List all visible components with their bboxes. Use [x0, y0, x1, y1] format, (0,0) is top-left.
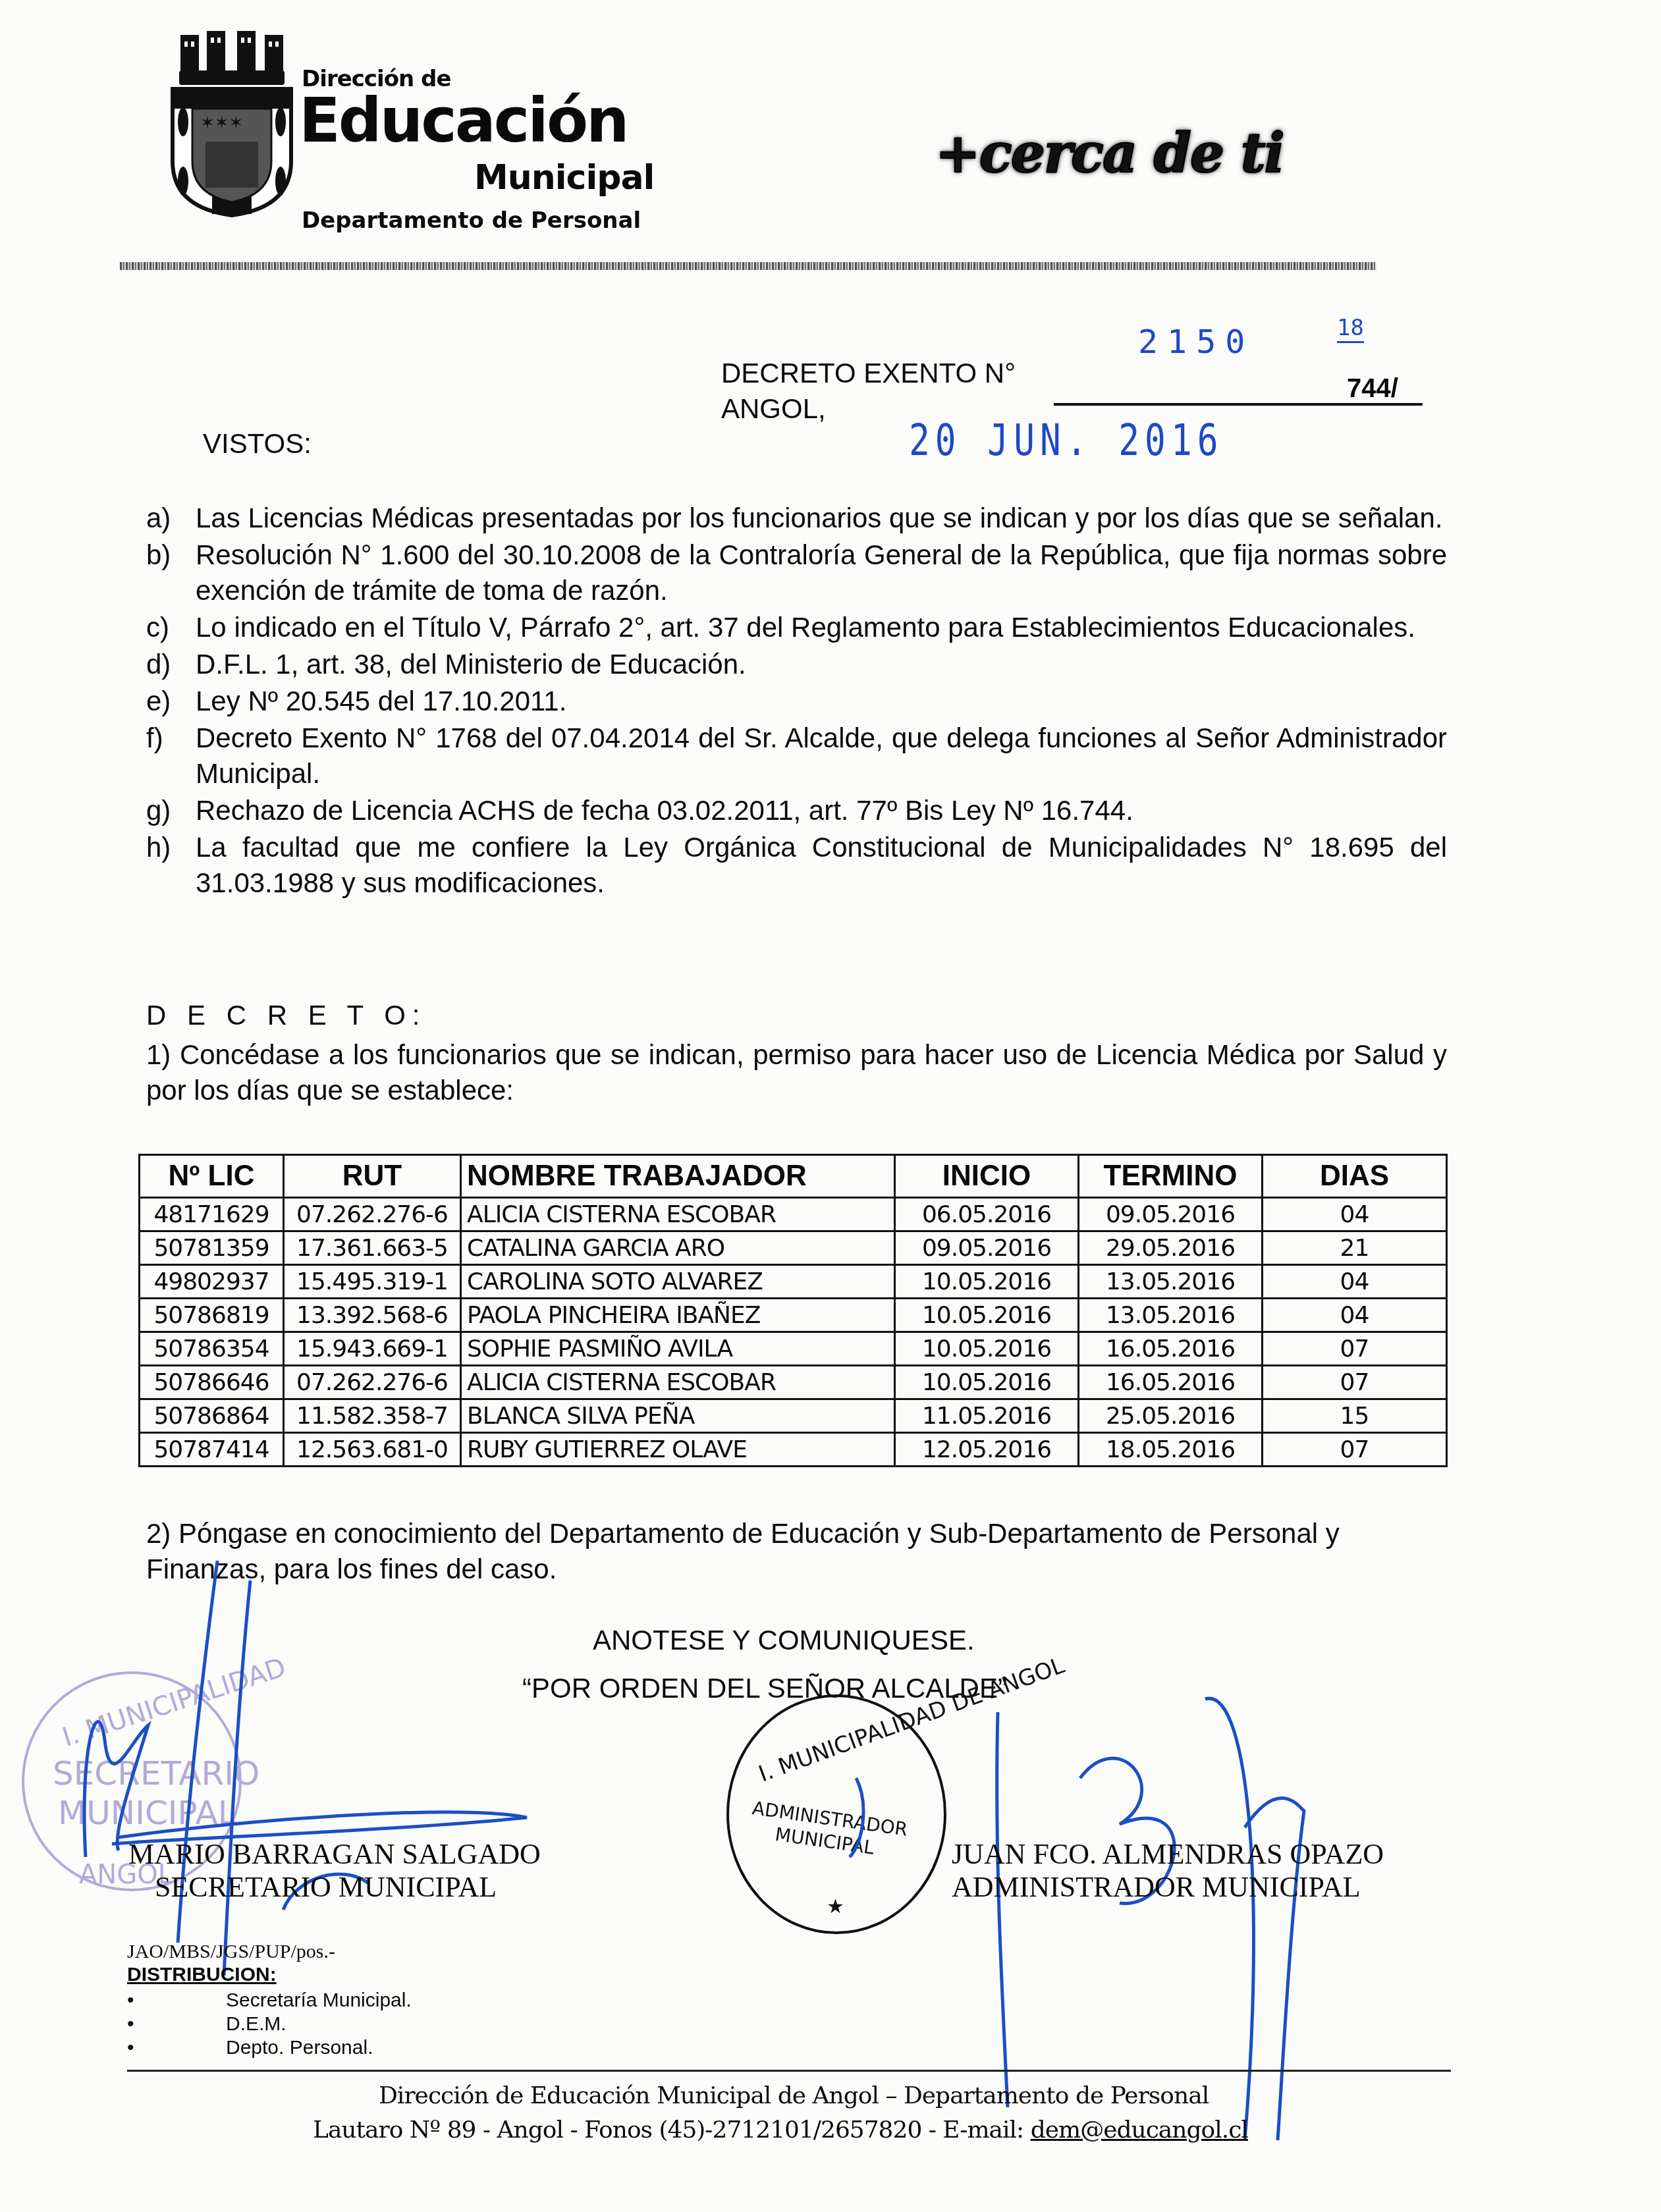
distribution-list: •Secretaría Municipal. •D.E.M. •Depto. P…	[127, 1989, 412, 2060]
table-cell: 15.495.319-1	[284, 1265, 461, 1299]
table-cell: 50786819	[140, 1299, 284, 1332]
table-cell: 21	[1263, 1231, 1447, 1265]
signatory-right-name: JUAN FCO. ALMENDRAS OPAZO	[952, 1837, 1384, 1871]
svg-text:SECRETARIO: SECRETARIO	[53, 1754, 259, 1793]
table-cell: 04	[1263, 1265, 1447, 1299]
table-row: 5078635415.943.669-1SOPHIE PASMIÑO AVILA…	[140, 1332, 1447, 1366]
table-row: 5078664607.262.276-6ALICIA CISTERNA ESCO…	[140, 1366, 1447, 1399]
svg-text:✶✶✶: ✶✶✶	[200, 113, 243, 132]
table-cell: 15	[1263, 1399, 1447, 1433]
distribution-title: DISTRIBUCION:	[127, 1964, 277, 1986]
bullet-icon: •	[127, 2036, 226, 2060]
table-cell: 04	[1263, 1299, 1447, 1332]
table-cell: 49802937	[140, 1265, 284, 1299]
vistos-list: a)Las Licencias Médicas presentadas por …	[146, 500, 1447, 902]
table-cell: 15.943.669-1	[284, 1332, 461, 1366]
table-cell: ALICIA CISTERNA ESCOBAR	[461, 1198, 895, 1231]
table-cell: RUBY GUTIERREZ OLAVE	[461, 1433, 895, 1467]
col-rut: RUT	[284, 1155, 461, 1198]
table-cell: 18.05.2016	[1079, 1433, 1263, 1467]
item-text: Resolución N° 1.600 del 30.10.2008 de la…	[196, 537, 1447, 608]
table-cell: 50786646	[140, 1366, 284, 1399]
footer-address: Lautaro Nº 89 - Angol - Fonos (45)-27121…	[313, 2117, 1031, 2144]
table-cell: 10.05.2016	[895, 1265, 1079, 1299]
table-cell: SOPHIE PASMIÑO AVILA	[461, 1332, 895, 1366]
item-letter: h)	[146, 830, 196, 901]
col-nro-lic: Nº LIC	[140, 1155, 284, 1198]
header-divider	[120, 262, 1376, 270]
col-nombre: NOMBRE TRABAJADOR	[461, 1155, 895, 1198]
signature-left-icon	[84, 1561, 527, 1976]
item-text: D.F.L. 1, art. 38, del Ministerio de Edu…	[196, 647, 1447, 682]
col-dias: DIAS	[1263, 1155, 1447, 1198]
svg-text:ADMINISTRADOR: ADMINISTRADOR	[751, 1797, 909, 1841]
item-letter: c)	[146, 610, 196, 645]
table-cell: PAOLA PINCHEIRA IBAÑEZ	[461, 1299, 895, 1332]
table-row: 4817162907.262.276-6ALICIA CISTERNA ESCO…	[140, 1198, 1447, 1231]
vistos-item: f)Decreto Exento N° 1768 del 07.04.2014 …	[146, 720, 1447, 792]
col-inicio: INICIO	[895, 1155, 1079, 1198]
svg-text:MUNICIPAL: MUNICIPAL	[58, 1794, 236, 1832]
footer-email-link[interactable]: dem@educangol.cl	[1031, 2117, 1248, 2144]
table-cell: 50786864	[140, 1399, 284, 1433]
svg-text:MUNICIPAL: MUNICIPAL	[774, 1823, 876, 1859]
table-cell: 07	[1263, 1433, 1447, 1467]
table-cell: 07	[1263, 1366, 1447, 1399]
table-cell: 50786354	[140, 1332, 284, 1366]
decree-label: DECRETO EXENTO N°	[721, 358, 1016, 389]
table-cell: 13.05.2016	[1079, 1299, 1263, 1332]
table-cell: 29.05.2016	[1079, 1231, 1263, 1265]
bullet-icon: •	[127, 1989, 226, 2012]
stamp-suffix: 18	[1337, 315, 1364, 343]
footer-line-1: Dirección de Educación Municipal de Ango…	[379, 2082, 1209, 2109]
stamp-number: 2150	[1138, 323, 1254, 361]
distribution-item: •Secretaría Municipal.	[127, 1989, 412, 2012]
distribution-item: •Depto. Personal.	[127, 2036, 412, 2060]
distribution-item: •D.E.M.	[127, 2012, 412, 2036]
header-educacion: Educación	[299, 91, 628, 151]
table-cell: 16.05.2016	[1079, 1366, 1263, 1399]
table-header-row: Nº LIC RUT NOMBRE TRABAJADOR INICIO TERM…	[140, 1155, 1447, 1198]
footer-divider	[127, 2070, 1451, 2072]
table-row: 5078741412.563.681-0RUBY GUTIERREZ OLAVE…	[140, 1433, 1447, 1467]
stamp-date: 20 JUN. 2016	[909, 415, 1223, 466]
table-cell: 13.05.2016	[1079, 1265, 1263, 1299]
footer-line-2: Lautaro Nº 89 - Angol - Fonos (45)-27121…	[313, 2117, 1248, 2144]
table-row: 5078135917.361.663-5CATALINA GARCIA ARO0…	[140, 1231, 1447, 1265]
table-cell: 48171629	[140, 1198, 284, 1231]
decreto-point-2: 2) Póngase en conocimiento del Departame…	[146, 1516, 1447, 1587]
signature-right-icon	[850, 1698, 1304, 2140]
table-cell: 11.582.358-7	[284, 1399, 461, 1433]
table-cell: 50781359	[140, 1231, 284, 1265]
item-letter: a)	[146, 500, 196, 536]
item-text: Las Licencias Médicas presentadas por lo…	[196, 500, 1447, 536]
orden-alcalde-text: “POR ORDEN DEL SEÑOR ALCALDE”	[522, 1673, 1007, 1704]
svg-text:★: ★	[827, 1896, 844, 1918]
anotese-text: ANOTESE Y COMUNIQUESE.	[593, 1625, 975, 1656]
signatory-right-title: ADMINISTRADOR MUNICIPAL	[952, 1870, 1361, 1904]
table-cell: 25.05.2016	[1079, 1399, 1263, 1433]
distribution-item-label: Depto. Personal.	[226, 2036, 373, 2060]
table-cell: 06.05.2016	[895, 1198, 1079, 1231]
table-cell: 17.361.663-5	[284, 1231, 461, 1265]
table-cell: 07.262.276-6	[284, 1366, 461, 1399]
vistos-item: a)Las Licencias Médicas presentadas por …	[146, 500, 1447, 536]
table-cell: CAROLINA SOTO ALVAREZ	[461, 1265, 895, 1299]
table-cell: 10.05.2016	[895, 1366, 1079, 1399]
table-cell: 16.05.2016	[1079, 1332, 1263, 1366]
initials: JAO/MBS/JGS/PUP/pos.-	[127, 1941, 335, 1963]
decreto-point-1: 1) Concédase a los funcionarios que se i…	[146, 1037, 1447, 1108]
table-cell: 10.05.2016	[895, 1299, 1079, 1332]
distribution-item-label: D.E.M.	[226, 2012, 286, 2036]
distribution-item-label: Secretaría Municipal.	[226, 1989, 412, 2012]
item-letter: g)	[146, 793, 196, 828]
vistos-item: g)Rechazo de Licencia ACHS de fecha 03.0…	[146, 793, 1447, 828]
item-text: Lo indicado en el Título V, Párrafo 2°, …	[196, 610, 1447, 645]
item-letter: b)	[146, 537, 196, 608]
table-cell: 50787414	[140, 1433, 284, 1467]
item-letter: e)	[146, 684, 196, 719]
item-text: Ley Nº 20.545 del 17.10.2011.	[196, 684, 1447, 719]
vistos-title: VISTOS:	[203, 428, 312, 460]
table-row: 5078686411.582.358-7BLANCA SILVA PEÑA11.…	[140, 1399, 1447, 1433]
vistos-item: h)La facultad que me confiere la Ley Org…	[146, 830, 1447, 901]
decree-number: 744/	[1347, 374, 1398, 404]
header-departamento: Departamento de Personal	[302, 207, 641, 234]
table-cell: 10.05.2016	[895, 1332, 1079, 1366]
item-text: Decreto Exento N° 1768 del 07.04.2014 de…	[196, 720, 1447, 792]
licenses-table: Nº LIC RUT NOMBRE TRABAJADOR INICIO TERM…	[138, 1154, 1448, 1467]
table-cell: 09.05.2016	[895, 1231, 1079, 1265]
table-cell: 04	[1263, 1198, 1447, 1231]
table-cell: 07	[1263, 1332, 1447, 1366]
item-text: Rechazo de Licencia ACHS de fecha 03.02.…	[196, 793, 1447, 828]
svg-text:I. MUNICIPALIDAD: I. MUNICIPALIDAD	[59, 1652, 290, 1753]
signatory-left-title: SECRETARIO MUNICIPAL	[155, 1870, 497, 1904]
table-row: 4980293715.495.319-1CAROLINA SOTO ALVARE…	[140, 1265, 1447, 1299]
table-cell: 11.05.2016	[895, 1399, 1079, 1433]
table-cell: 13.392.568-6	[284, 1299, 461, 1332]
table-cell: ALICIA CISTERNA ESCOBAR	[461, 1366, 895, 1399]
vistos-item: b)Resolución N° 1.600 del 30.10.2008 de …	[146, 537, 1447, 608]
table-cell: CATALINA GARCIA ARO	[461, 1231, 895, 1265]
item-text: La facultad que me confiere la Ley Orgán…	[196, 830, 1447, 901]
signatory-left-name: MARIO BARRAGAN SALGADO	[128, 1837, 541, 1871]
slogan-logo: +cerca de ti	[935, 122, 1284, 185]
table-cell: 07.262.276-6	[284, 1198, 461, 1231]
item-letter: f)	[146, 720, 196, 792]
vistos-item: d)D.F.L. 1, art. 38, del Ministerio de E…	[146, 647, 1447, 682]
col-termino: TERMINO	[1079, 1155, 1263, 1198]
bullet-icon: •	[127, 2012, 226, 2036]
table-cell: BLANCA SILVA PEÑA	[461, 1399, 895, 1433]
item-letter: d)	[146, 647, 196, 682]
table-cell: 09.05.2016	[1079, 1198, 1263, 1231]
header-municipal: Municipal	[474, 158, 654, 198]
coat-of-arms-icon: ✶✶✶	[166, 30, 298, 217]
table-cell: 12.05.2016	[895, 1433, 1079, 1467]
table-row: 5078681913.392.568-6PAOLA PINCHEIRA IBAÑ…	[140, 1299, 1447, 1332]
table-cell: 12.563.681-0	[284, 1433, 461, 1467]
vistos-item: c)Lo indicado en el Título V, Párrafo 2°…	[146, 610, 1447, 645]
decreto-title: D E C R E T O:	[146, 1000, 427, 1031]
place-label: ANGOL,	[721, 393, 826, 425]
vistos-item: e)Ley Nº 20.545 del 17.10.2011.	[146, 684, 1447, 719]
